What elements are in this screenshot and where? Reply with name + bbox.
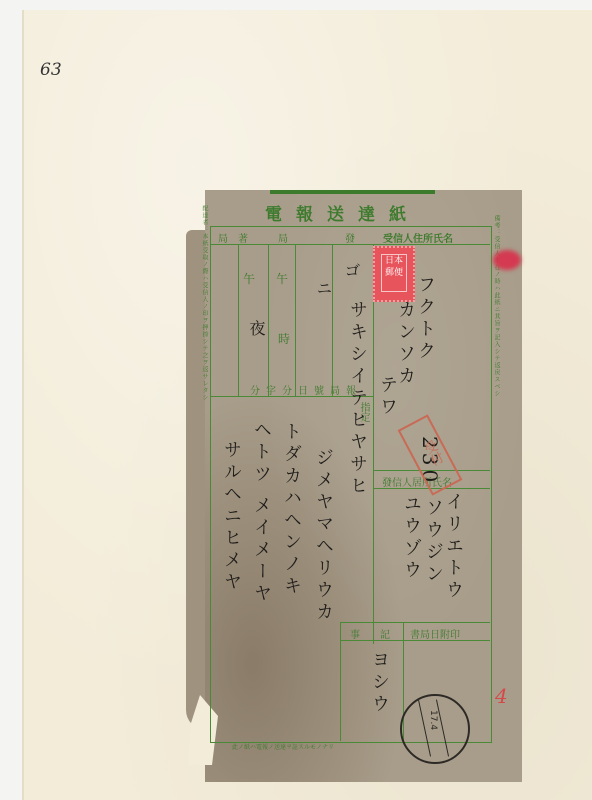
left-margin-note: 配達者：本紙受取ノ際ハ受信人ノ印ヲ押捺シテ之ヲ返サレタシ (200, 205, 209, 535)
message-col3: トダカハヘンノキ (278, 422, 304, 598)
header-cell-office: 局 著 (218, 230, 248, 245)
notes-entry: ヨシウ (366, 650, 392, 716)
header-cell-office2: 局 (278, 230, 288, 245)
sheet-edge (22, 10, 24, 800)
form-title: 電報送達紙 (265, 200, 420, 225)
right-margin-note: 備考：受信人不在ノ時ハ此紙ニ其旨ヲ記入シテ返戻スベシ (492, 215, 501, 735)
message-col4: ヘトツ メイメーヤ (248, 420, 274, 606)
col-divider (332, 244, 333, 396)
sender-line3: ユウゾウ (398, 494, 424, 582)
page-number: 63 (40, 60, 62, 80)
red-ink-blot (493, 250, 521, 270)
notes-label: 事 記 (350, 626, 390, 641)
postmark-date: 17.4 (428, 710, 438, 730)
recipient-header: 受信人住所氏名 (383, 230, 453, 245)
col-divider (340, 622, 341, 741)
col-divider (295, 244, 296, 396)
time-entry-2: ニ (312, 280, 335, 300)
time-entry: ゴ (340, 262, 363, 282)
col-divider (238, 244, 239, 396)
footnote: 此ノ紙ハ電報ノ送達ヲ証スルモノナリ (232, 742, 334, 751)
stamp-label: 日本郵便 (381, 254, 407, 292)
time-entry-3: 夜 (245, 320, 268, 340)
recipient-line3: テワ (374, 375, 400, 419)
row-divider (340, 622, 490, 623)
postmark: 17.4 (400, 694, 470, 764)
title-bar (270, 190, 435, 194)
message-col5: サルヘニヒメヤ (218, 440, 244, 594)
col-divider (268, 244, 269, 396)
label-noon2: 午 (276, 270, 288, 287)
message-col2: ジメヤマヘリウカ (310, 448, 336, 624)
header-cell-send: 發 (345, 230, 355, 245)
label-hour: 時 (278, 330, 290, 347)
red-annotation: 4 (495, 684, 508, 708)
label-noon1: 午 (243, 270, 255, 287)
postmark-label: 書局日附印 (410, 626, 460, 641)
message-col1: サキシイテヒヤサヒ (344, 300, 370, 498)
postage-stamp: 日本郵便 (373, 246, 415, 302)
col-divider (373, 244, 374, 644)
